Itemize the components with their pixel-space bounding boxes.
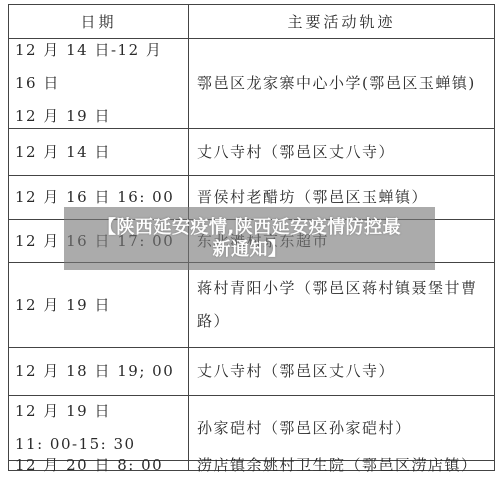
location-cell: 鄠邑区龙家寨中心小学(鄠邑区玉蝉镇): [189, 39, 494, 128]
table-row: 12 月 18 日 19; 00 丈八寺村（鄠邑区丈八寺）: [9, 348, 494, 396]
overlay-title-line1: 【陕西延安疫情,陕西延安疫情防控最: [98, 217, 401, 239]
date-text: 12 月 20 日 8: 00: [15, 449, 188, 479]
title-overlay-banner: 【陕西延安疫情,陕西延安疫情防控最 新通知】: [64, 207, 435, 270]
date-text: 12 月 18 日 19; 00: [15, 355, 188, 388]
table-row: 12 月 20 日 8: 00 涝店镇余姚村卫生院（鄠邑区涝店镇）: [9, 461, 494, 470]
date-text: 12 月 14 日-12 月 16 日: [15, 34, 188, 100]
date-cell: 12 月 14 日-12 月 16 日 12 月 19 日: [9, 39, 189, 128]
location-cell: 涝店镇余姚村卫生院（鄠邑区涝店镇）: [189, 461, 494, 470]
location-text: 孙家硙村（鄠邑区孙家硙村）: [197, 412, 494, 445]
date-cell: 12 月 18 日 19; 00: [9, 348, 189, 395]
date-text: 12 月 14 日: [15, 136, 188, 169]
table-row: 12 月 14 日 丈八寺村（鄠邑区丈八寺）: [9, 129, 494, 176]
date-cell: 12 月 14 日: [9, 129, 189, 175]
date-text: 12 月 19 日: [15, 395, 188, 428]
location-text: 蒋村青阳小学（鄠邑区蒋村镇聂堡甘曹: [197, 272, 494, 305]
date-cell: 12 月 19 日: [9, 263, 189, 347]
location-text: 丈八寺村（鄠邑区丈八寺）: [197, 136, 494, 169]
header-date-label: 日期: [80, 11, 116, 32]
table-row: 12 月 14 日-12 月 16 日 12 月 19 日 鄠邑区龙家寨中心小学…: [9, 39, 494, 129]
location-text: 丈八寺村（鄠邑区丈八寺）: [197, 355, 494, 388]
location-text: 鄠邑区龙家寨中心小学(鄠邑区玉蝉镇): [197, 67, 494, 100]
location-text: 路）: [197, 305, 494, 338]
location-cell: 蒋村青阳小学（鄠邑区蒋村镇聂堡甘曹 路）: [189, 263, 494, 347]
table-row: 12 月 19 日 蒋村青阳小学（鄠邑区蒋村镇聂堡甘曹 路）: [9, 263, 494, 348]
date-text: 12 月 19 日: [15, 289, 188, 322]
location-text: 涝店镇余姚村卫生院（鄠邑区涝店镇）: [197, 449, 494, 479]
date-cell: 12 月 20 日 8: 00: [9, 461, 189, 470]
location-cell: 丈八寺村（鄠邑区丈八寺）: [189, 348, 494, 395]
overlay-title-line2: 新通知】: [213, 239, 287, 261]
header-activity: 主要活动轨迹: [189, 5, 494, 38]
header-activity-label: 主要活动轨迹: [287, 11, 395, 32]
location-cell: 丈八寺村（鄠邑区丈八寺）: [189, 129, 494, 175]
